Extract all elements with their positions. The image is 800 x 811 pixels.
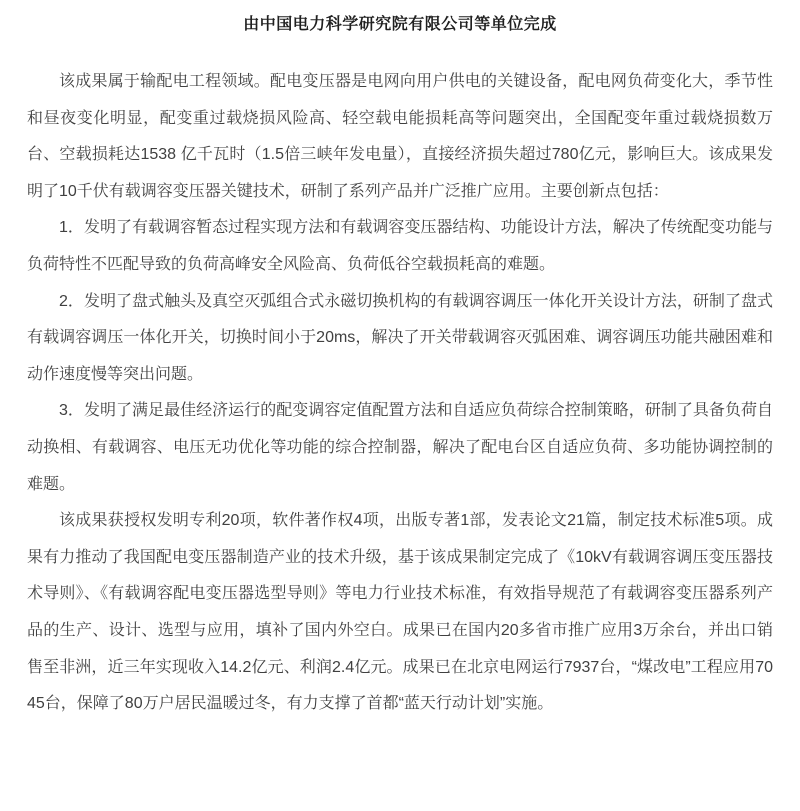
document-body: 该成果属于输配电工程领域。配电变压器是电网向用户供电的关键设备，配电网负荷变化大… xyxy=(27,64,773,723)
paragraph-results: 该成果获授权发明专利20项，软件著作权4项，出版专著1部，发表论文21篇，制定技… xyxy=(27,503,773,723)
paragraph-innovation-1: 1．发明了有载调容暂态过程实现方法和有载调容变压器结构、功能设计方法，解决了传统… xyxy=(27,210,773,283)
document-title: 由中国电力科学研究院有限公司等单位完成 xyxy=(27,17,773,33)
paragraph-innovation-2: 2．发明了盘式触头及真空灭弧组合式永磁切换机构的有载调容调压一体化开关设计方法，… xyxy=(27,284,773,394)
paragraph-innovation-3: 3．发明了满足最佳经济运行的配变调容定值配置方法和自适应负荷综合控制策略，研制了… xyxy=(27,393,773,503)
document-page: 由中国电力科学研究院有限公司等单位完成 该成果属于输配电工程领域。配电变压器是电… xyxy=(0,0,800,811)
document-content: 由中国电力科学研究院有限公司等单位完成 该成果属于输配电工程领域。配电变压器是电… xyxy=(0,0,800,723)
paragraph-intro: 该成果属于输配电工程领域。配电变压器是电网向用户供电的关键设备，配电网负荷变化大… xyxy=(27,64,773,210)
